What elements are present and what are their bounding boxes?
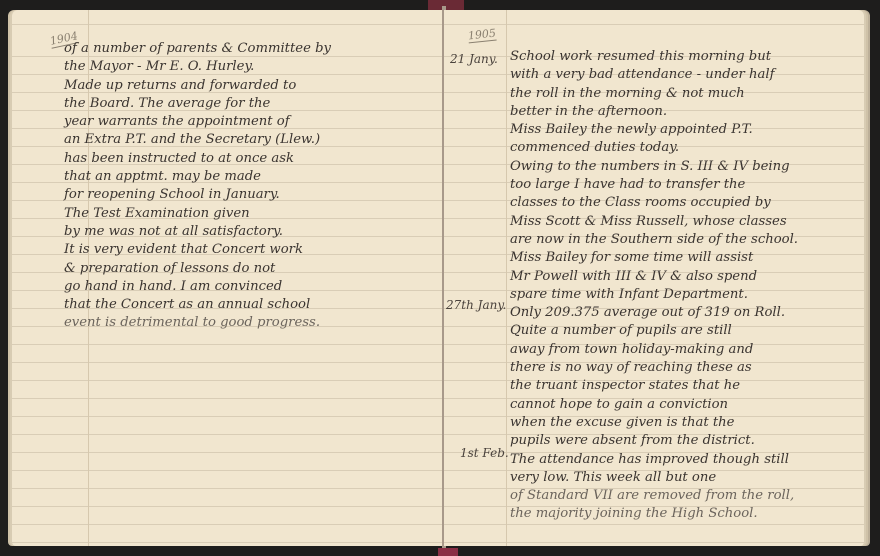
text-line: of a number of parents & Committee by [64, 40, 331, 58]
text-line: when the excuse given is that the [510, 414, 798, 432]
right-page-year-note: 1905 [467, 27, 496, 44]
text-line: away from town holiday-making and [510, 341, 798, 359]
text-line: the Mayor - Mr E. O. Hurley. [64, 58, 331, 76]
entry-date: 27th Jany. [446, 298, 506, 312]
right-page-margin-line [506, 10, 507, 546]
text-line: Miss Bailey the newly appointed P.T. [510, 121, 798, 139]
left-page: 1904 of a number of parents & Committee … [12, 10, 444, 546]
right-page-text: School work resumed this morning but wit… [510, 48, 798, 524]
text-line: Miss Bailey for some time will assist [510, 249, 798, 267]
text-line: has been instructed to at once ask [64, 150, 331, 168]
text-line: & preparation of lessons do not [64, 260, 331, 278]
text-line: event is detrimental to good progress. [64, 314, 331, 332]
text-line: the roll in the morning & not much [510, 85, 798, 103]
text-line: classes to the Class rooms occupied by [510, 194, 798, 212]
binding-ribbon-top [428, 0, 464, 10]
text-line: with a very bad attendance - under half [510, 66, 798, 84]
text-line: Quite a number of pupils are still [510, 322, 798, 340]
text-line: The attendance has improved though still [510, 451, 798, 469]
text-line: Owing to the numbers in S. III & IV bein… [510, 158, 798, 176]
text-line: too large I have had to transfer the [510, 176, 798, 194]
text-line: of Standard VII are removed from the rol… [510, 487, 798, 505]
text-line: very low. This week all but one [510, 469, 798, 487]
text-line: are now in the Southern side of the scho… [510, 231, 798, 249]
text-line: the Board. The average for the [64, 95, 331, 113]
text-line: year warrants the appointment of [64, 113, 331, 131]
text-line: It is very evident that Concert work [64, 241, 331, 259]
open-notebook: 1904 of a number of parents & Committee … [8, 10, 868, 550]
text-line: Miss Scott & Miss Russell, whose classes [510, 213, 798, 231]
text-line: commenced duties today. [510, 139, 798, 157]
binding-ribbon-bottom [438, 548, 458, 556]
text-line: go hand in hand. I am convinced [64, 278, 331, 296]
text-line: School work resumed this morning but [510, 48, 798, 66]
text-line: by me was not at all satisfactory. [64, 223, 331, 241]
text-line: Mr Powell with III & IV & also spend [510, 268, 798, 286]
entry-date: 1st Feb. [460, 446, 509, 460]
entry-date: 21 Jany. [450, 52, 498, 66]
left-page-text: of a number of parents & Committee by th… [64, 40, 331, 333]
right-page: 1905 21 Jany. 27th Jany. 1st Feb. School… [444, 10, 864, 546]
text-line: better in the afternoon. [510, 103, 798, 121]
text-line: the truant inspector states that he [510, 377, 798, 395]
text-line: the majority joining the High School. [510, 505, 798, 523]
text-line: The Test Examination given [64, 205, 331, 223]
text-line: an Extra P.T. and the Secretary (Llew.) [64, 131, 331, 149]
text-line: for reopening School in January. [64, 186, 331, 204]
text-line: that the Concert as an annual school [64, 296, 331, 314]
text-line: that an apptmt. may be made [64, 168, 331, 186]
text-line: cannot hope to gain a conviction [510, 396, 798, 414]
text-line: there is no way of reaching these as [510, 359, 798, 377]
text-line: spare time with Infant Department. [510, 286, 798, 304]
text-line: pupils were absent from the district. [510, 432, 798, 450]
text-line: Only 209.375 average out of 319 on Roll. [510, 304, 798, 322]
text-line: Made up returns and forwarded to [64, 77, 331, 95]
